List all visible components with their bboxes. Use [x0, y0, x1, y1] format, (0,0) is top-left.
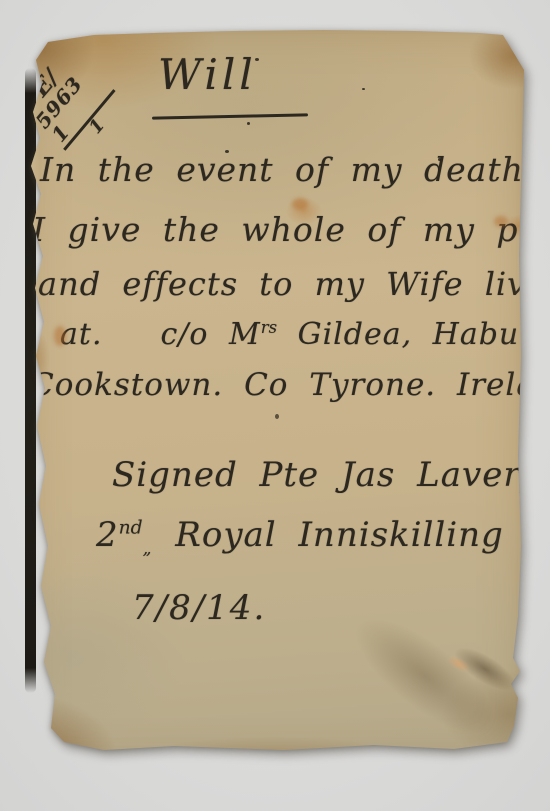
pin-hole: [275, 414, 279, 419]
ink-speck: [247, 122, 250, 125]
regiment-line: 2nd„ Royal Inniskilling Fus,: [96, 515, 550, 559]
signature-line: Signed Pte Jas Lavery: [112, 455, 541, 495]
regiment-ordinal: nd: [119, 518, 143, 539]
archive-reference: E/ 5963 1 1: [12, 46, 130, 163]
body-line-3: and effects to my Wife living: [38, 265, 550, 303]
title-underline: [152, 113, 308, 119]
careof-prefix: c/o M: [160, 317, 260, 352]
archive-reference-denominator: 1: [87, 116, 110, 138]
regiment-name: Royal Inniskilling Fus,: [153, 515, 550, 555]
stain-spot: [54, 326, 66, 346]
scan-background: E/ 5963 1 1 Will In the event of my deat…: [0, 0, 550, 811]
ink-speck: [225, 150, 229, 153]
paper-crease-shadow: [338, 598, 511, 753]
regiment-number: 2: [96, 515, 119, 555]
paper-tear-highlight: [445, 652, 474, 675]
ink-speck: [362, 88, 365, 90]
paper-wrapper: E/ 5963 1 1 Will In the event of my deat…: [24, 26, 524, 766]
ink-speck: [255, 58, 259, 61]
paper-tear-shadow: [448, 639, 521, 698]
careof-rest: Gildea, Habun St -: [277, 317, 550, 352]
stain-spot: [494, 216, 508, 227]
careof-superscript: rs: [261, 318, 277, 337]
body-line-4: at.c/o Mrs Gildea, Habun St -: [60, 317, 550, 352]
ditto-mark: „: [143, 539, 152, 559]
page-title: Will: [158, 50, 257, 99]
body-line-1: In the event of my death: [40, 150, 524, 189]
will-document-page: E/ 5963 1 1 Will In the event of my deat…: [24, 26, 524, 766]
body-line-5: Cookstown. Co Tyrone. Ireland.: [30, 367, 550, 403]
body-line-2: I give the whole of my property: [32, 210, 550, 249]
body-line-4-careof: c/o Mrs Gildea, Habun St -: [160, 317, 550, 352]
date-line: 7/8/14.: [132, 588, 266, 628]
ink-speck: [438, 158, 441, 161]
stain-spot: [292, 198, 308, 210]
body-line-4-at: at.: [60, 317, 102, 352]
